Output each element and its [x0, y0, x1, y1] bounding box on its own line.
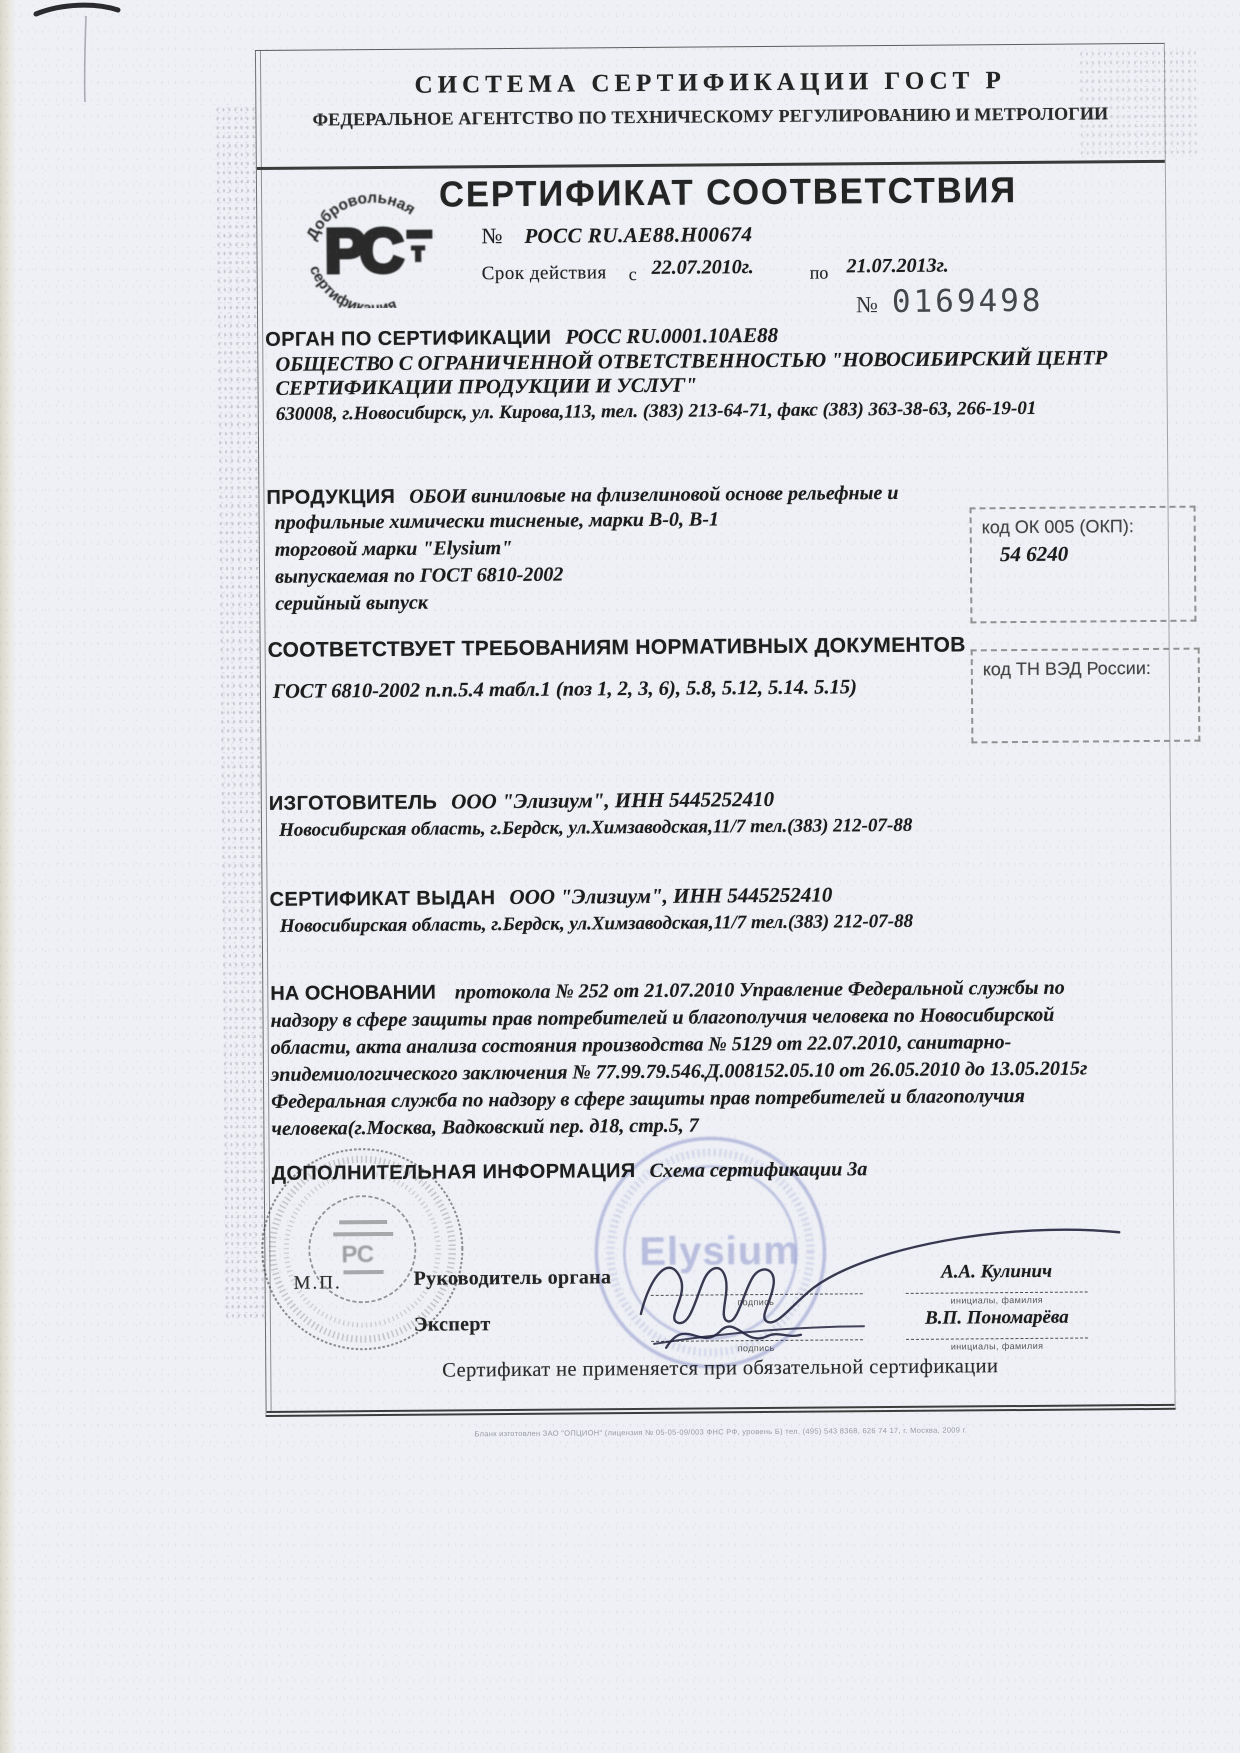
tnved-code-box: код ТН ВЭД России:	[971, 648, 1201, 744]
certificate-number-value: РОСС RU.AE88.H00674	[524, 222, 752, 249]
manufacturer-address: Новосибирская область, г.Бердск, ул.Химз…	[279, 815, 912, 842]
blank-serial-number: 0169498	[892, 283, 1044, 320]
issued-to-label: СЕРТИФИКАТ ВЫДАН	[270, 887, 496, 912]
okp-code-box: код ОК 005 (ОКП): 54 6240	[970, 506, 1197, 624]
product-line1: ОБОИ виниловые на флизелиновой основе ре…	[409, 482, 898, 509]
validity-label: Срок действия	[482, 262, 607, 285]
certification-body-name-line2: СЕРТИФИКАЦИИ ПРОДУКЦИИ И УСЛУГ"	[275, 370, 1107, 401]
certification-body-reg-no: РОСС RU.0001.10AE88	[565, 323, 778, 350]
rst-mark-small-letter: т	[411, 237, 424, 267]
manufacturer-label: ИЗГОТОВИТЕЛЬ	[269, 792, 438, 816]
certificate-header: СИСТЕМА СЕРТИФИКАЦИИ ГОСТ Р ФЕДЕРАЛЬНОЕ …	[256, 44, 1165, 170]
stamp-place-label: М.П.	[294, 1272, 342, 1294]
product-line5: серийный выпуск	[275, 586, 899, 618]
validity-from-date: 22.07.2010г.	[652, 256, 754, 280]
okp-code-value: 54 6240	[1000, 541, 1194, 568]
certificate-number-label: №	[481, 223, 502, 249]
certificate-number-row: № РОСС RU.AE88.H00674	[481, 221, 752, 249]
conforms-standards: ГОСТ 6810-2002 п.п.5.4 табл.1 (поз 1, 2,…	[273, 676, 857, 704]
scanned-certificate-page: СИСТЕМА СЕРТИФИКАЦИИ ГОСТ Р ФЕДЕРАЛЬНОЕ …	[0, 0, 1240, 1753]
conforms-heading: СООТВЕТСТВУЕТ ТРЕБОВАНИЯМ НОРМАТИВНЫХ ДО…	[268, 633, 966, 662]
certification-body-section: ОРГАН ПО СЕРТИФИКАЦИИ РОСС RU.0001.10AE8…	[265, 320, 1108, 426]
certificate-sheet: СИСТЕМА СЕРТИФИКАЦИИ ГОСТ Р ФЕДЕРАЛЬНОЕ …	[0, 0, 1240, 1753]
blank-serial-row: № 0169498	[856, 283, 1044, 320]
svg-text:РС: РС	[341, 1241, 374, 1268]
rst-voluntary-certification-logo-icon: Добровольная сертификация РС т	[290, 167, 456, 308]
issued-to-section: СЕРТИФИКАТ ВЫДАН ООО "Элизиум", ИНН 5445…	[269, 882, 913, 938]
blank-serial-label: №	[856, 292, 878, 318]
certificate-title: СЕРТИФИКАТ СООТВЕТСТВИЯ	[439, 169, 1017, 216]
agency-title: ФЕДЕРАЛЬНОЕ АГЕНТСТВО ПО ТЕХНИЧЕСКОМУ РЕ…	[256, 103, 1164, 131]
expert-signature-icon	[644, 1298, 879, 1362]
rst-mark-letters: РС	[324, 217, 403, 287]
validity-from-label: с	[629, 264, 637, 285]
issued-to-name: ООО "Элизиум", ИНН 5445252410	[509, 882, 832, 910]
validity-to-label: по	[810, 263, 829, 284]
certification-body-label: ОРГАН ПО СЕРТИФИКАЦИИ	[265, 327, 551, 352]
basis-label: НА ОСНОВАНИИ	[270, 982, 436, 1005]
product-label: ПРОДУКЦИЯ	[266, 486, 395, 510]
certification-body-round-stamp-icon: РС	[255, 1141, 471, 1357]
okp-code-label: код ОК 005 (ОКП):	[982, 516, 1194, 539]
issued-to-address: Новосибирская область, г.Бердск, ул.Химз…	[280, 911, 913, 938]
manufacturer-section: ИЗГОТОВИТЕЛЬ ООО "Элизиум", ИНН 54452524…	[269, 786, 913, 842]
manufacturer-name: ООО "Элизиум", ИНН 5445252410	[451, 787, 774, 815]
certificate-frame: СИСТЕМА СЕРТИФИКАЦИИ ГОСТ Р ФЕДЕРАЛЬНОЕ …	[255, 43, 1176, 1417]
basis-section: НА ОСНОВАНИИ протокола № 252 от 21.07.20…	[270, 974, 1093, 1142]
certification-body-address: 630008, г.Новосибирск, ул. Кирова,113, т…	[276, 397, 1108, 426]
system-title: СИСТЕМА СЕРТИФИКАЦИИ ГОСТ Р	[256, 66, 1164, 101]
tnved-code-label: код ТН ВЭД России:	[983, 658, 1198, 681]
blank-print-info: Бланк изготовлен ЗАО "ОПЦИОН" (лицензия …	[267, 1424, 1175, 1440]
validity-to-date: 21.07.2013г.	[847, 255, 949, 279]
product-section: ПРОДУКЦИЯ ОБОИ виниловые на флизелиновой…	[266, 482, 899, 618]
